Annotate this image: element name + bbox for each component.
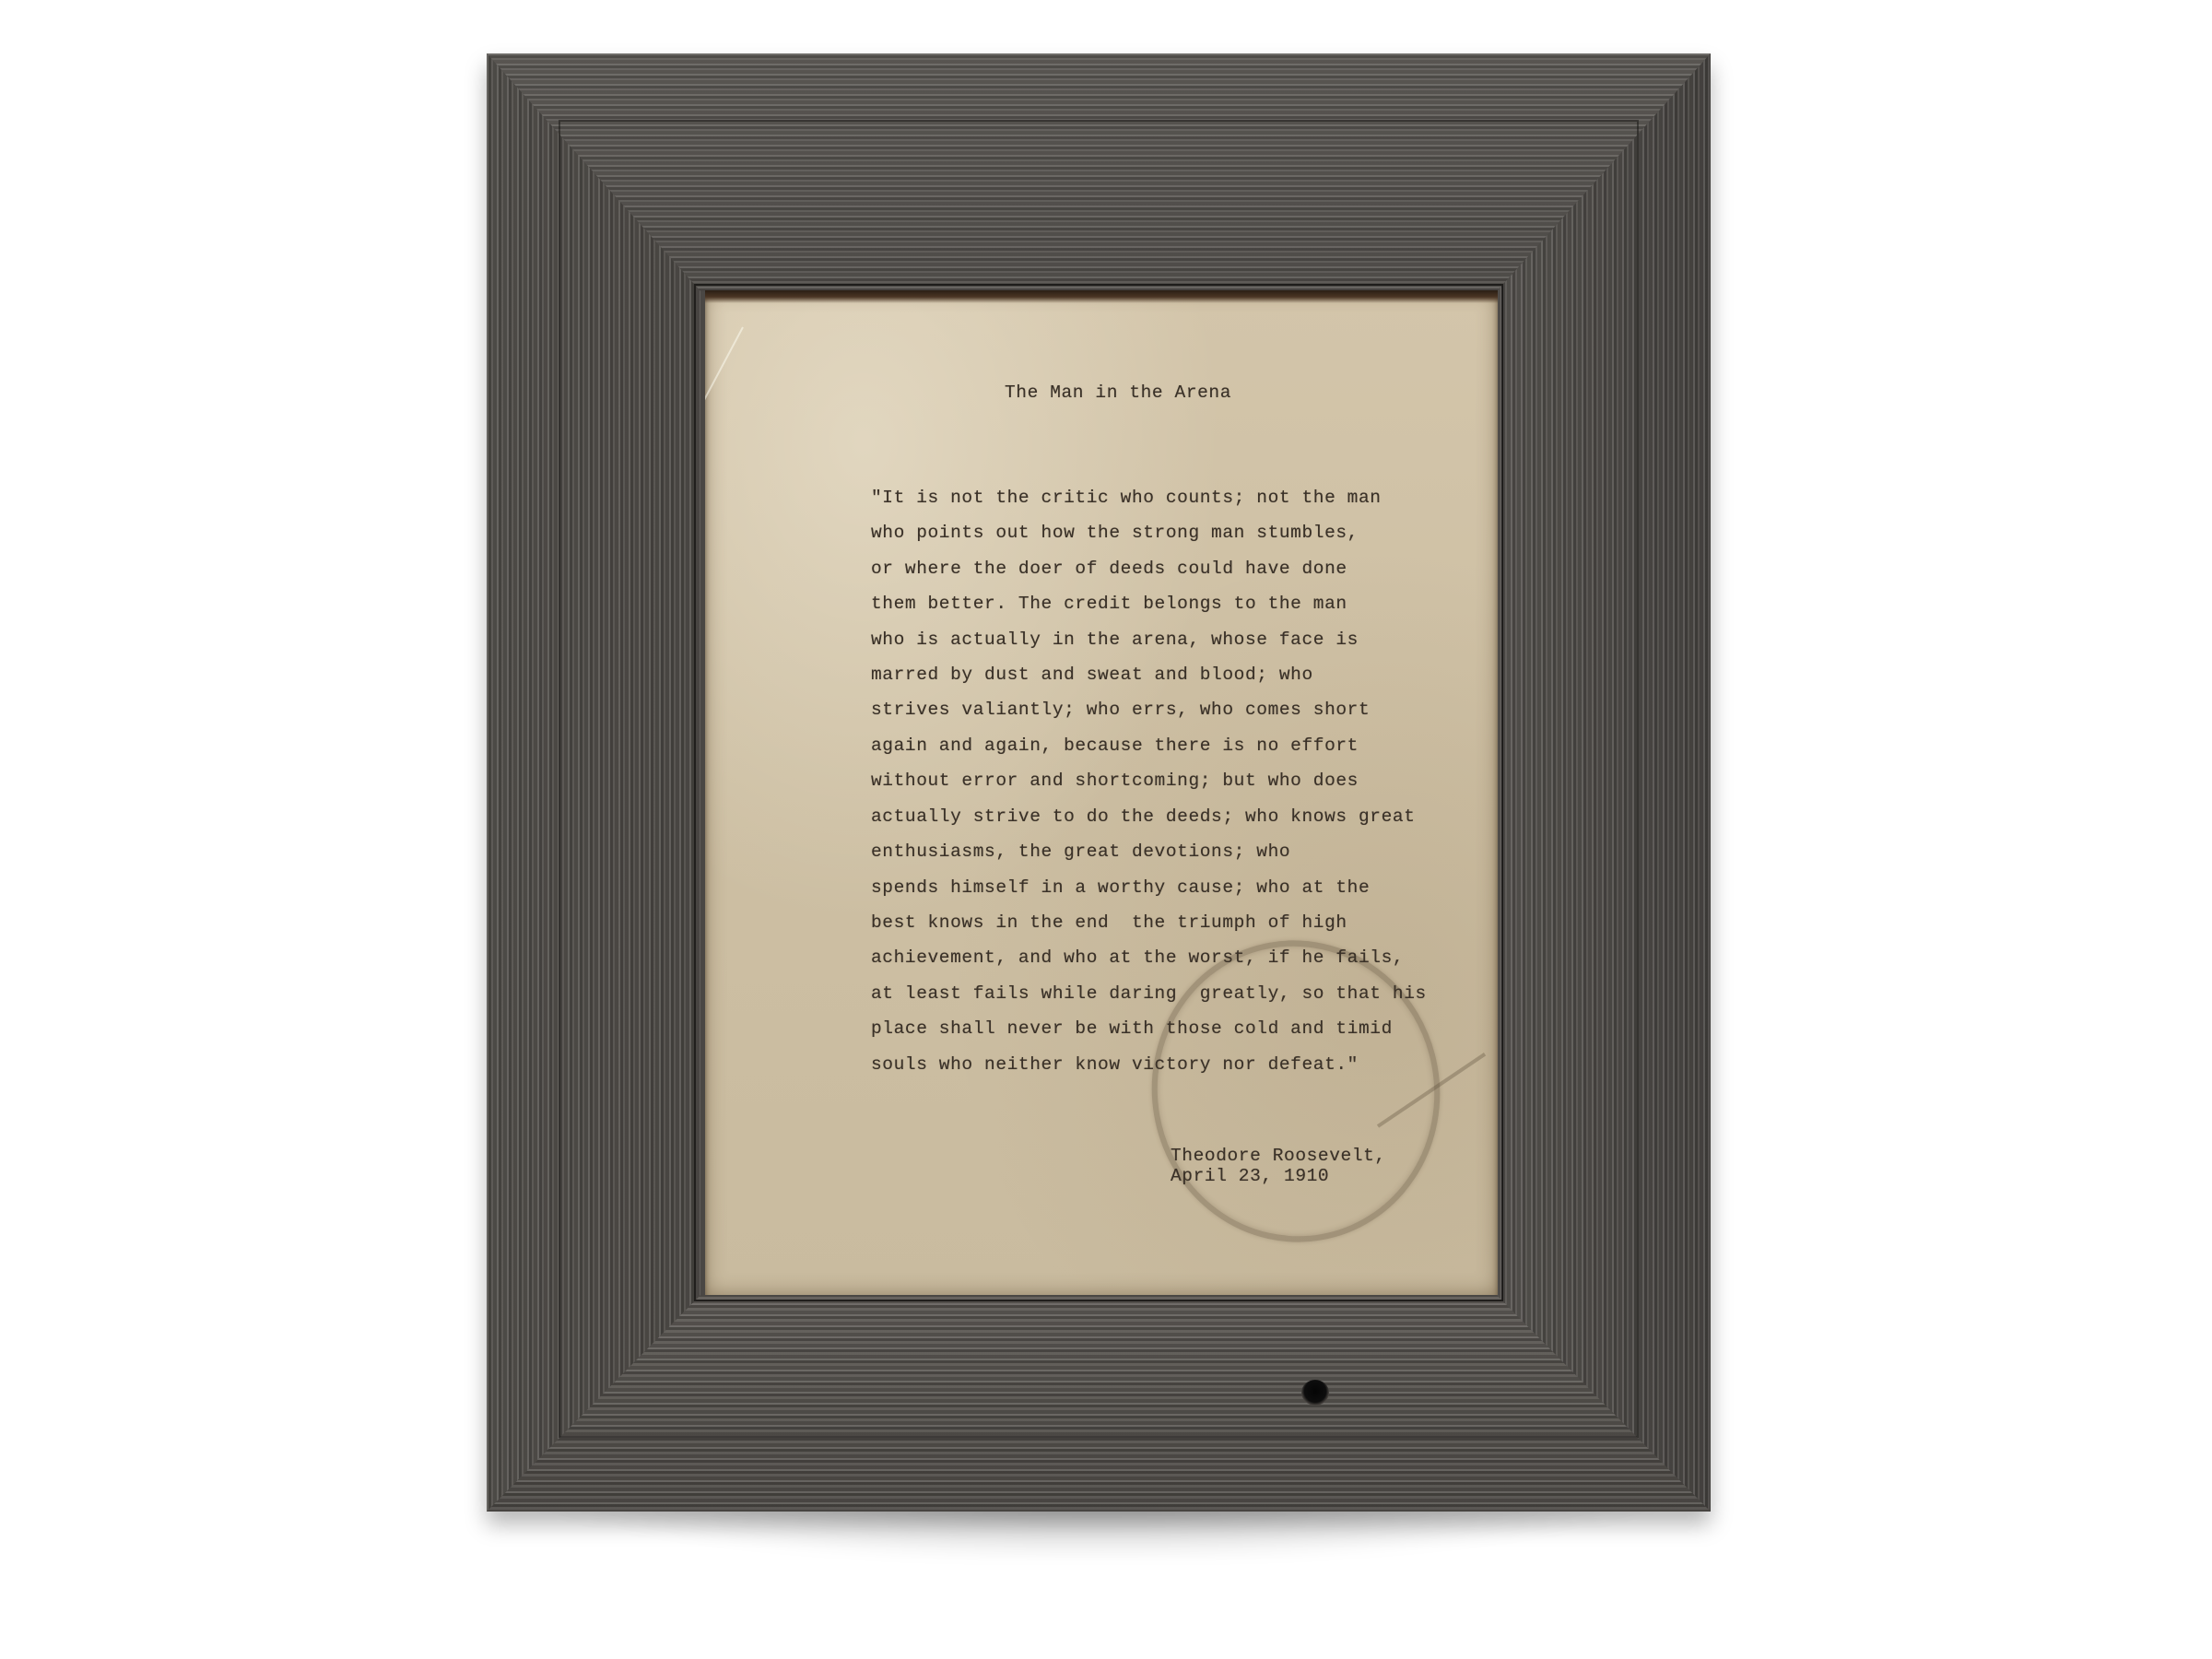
quote-line: actually strive to do the deeds; who kno… <box>871 806 1416 827</box>
quote-line: them better. The credit belongs to the m… <box>871 594 1347 614</box>
paper-crease <box>705 327 744 540</box>
quote-line: at least fails while daring greatly, so … <box>871 983 1427 1004</box>
quote-line: "It is not the critic who counts; not th… <box>871 488 1382 508</box>
quote-line: marred by dust and sweat and blood; who <box>871 665 1313 685</box>
signature-date: April 23, 1910 <box>1171 1166 1329 1186</box>
aged-paper-sheet: The Man in the Arena "It is not the crit… <box>705 290 1498 1295</box>
quote-line: best knows in the end the triumph of hig… <box>871 912 1347 933</box>
quote-line: who points out how the strong man stumbl… <box>871 523 1359 543</box>
quote-line: who is actually in the arena, whose face… <box>871 629 1359 650</box>
document-title: The Man in the Arena <box>1005 382 1231 403</box>
signature-name: Theodore Roosevelt, <box>1171 1146 1386 1166</box>
quote-line: enthusiasms, the great devotions; who <box>871 841 1290 862</box>
quote-line: without error and shortcoming; but who d… <box>871 771 1359 791</box>
quote-line: souls who neither know victory nor defea… <box>871 1054 1359 1075</box>
coffee-ring-stain <box>1128 918 1464 1265</box>
quote-line: spends himself in a worthy cause; who at… <box>871 877 1370 898</box>
burnt-paper-edge <box>705 290 1498 303</box>
nail-hole <box>1301 1380 1329 1406</box>
quote-line: again and again, because there is no eff… <box>871 735 1359 756</box>
quote-line: strives valiantly; who errs, who comes s… <box>871 700 1370 720</box>
quote-line: place shall never be with those cold and… <box>871 1018 1393 1039</box>
quote-line: or where the doer of deeds could have do… <box>871 559 1347 579</box>
quote-line: achievement, and who at the worst, if he… <box>871 947 1404 968</box>
